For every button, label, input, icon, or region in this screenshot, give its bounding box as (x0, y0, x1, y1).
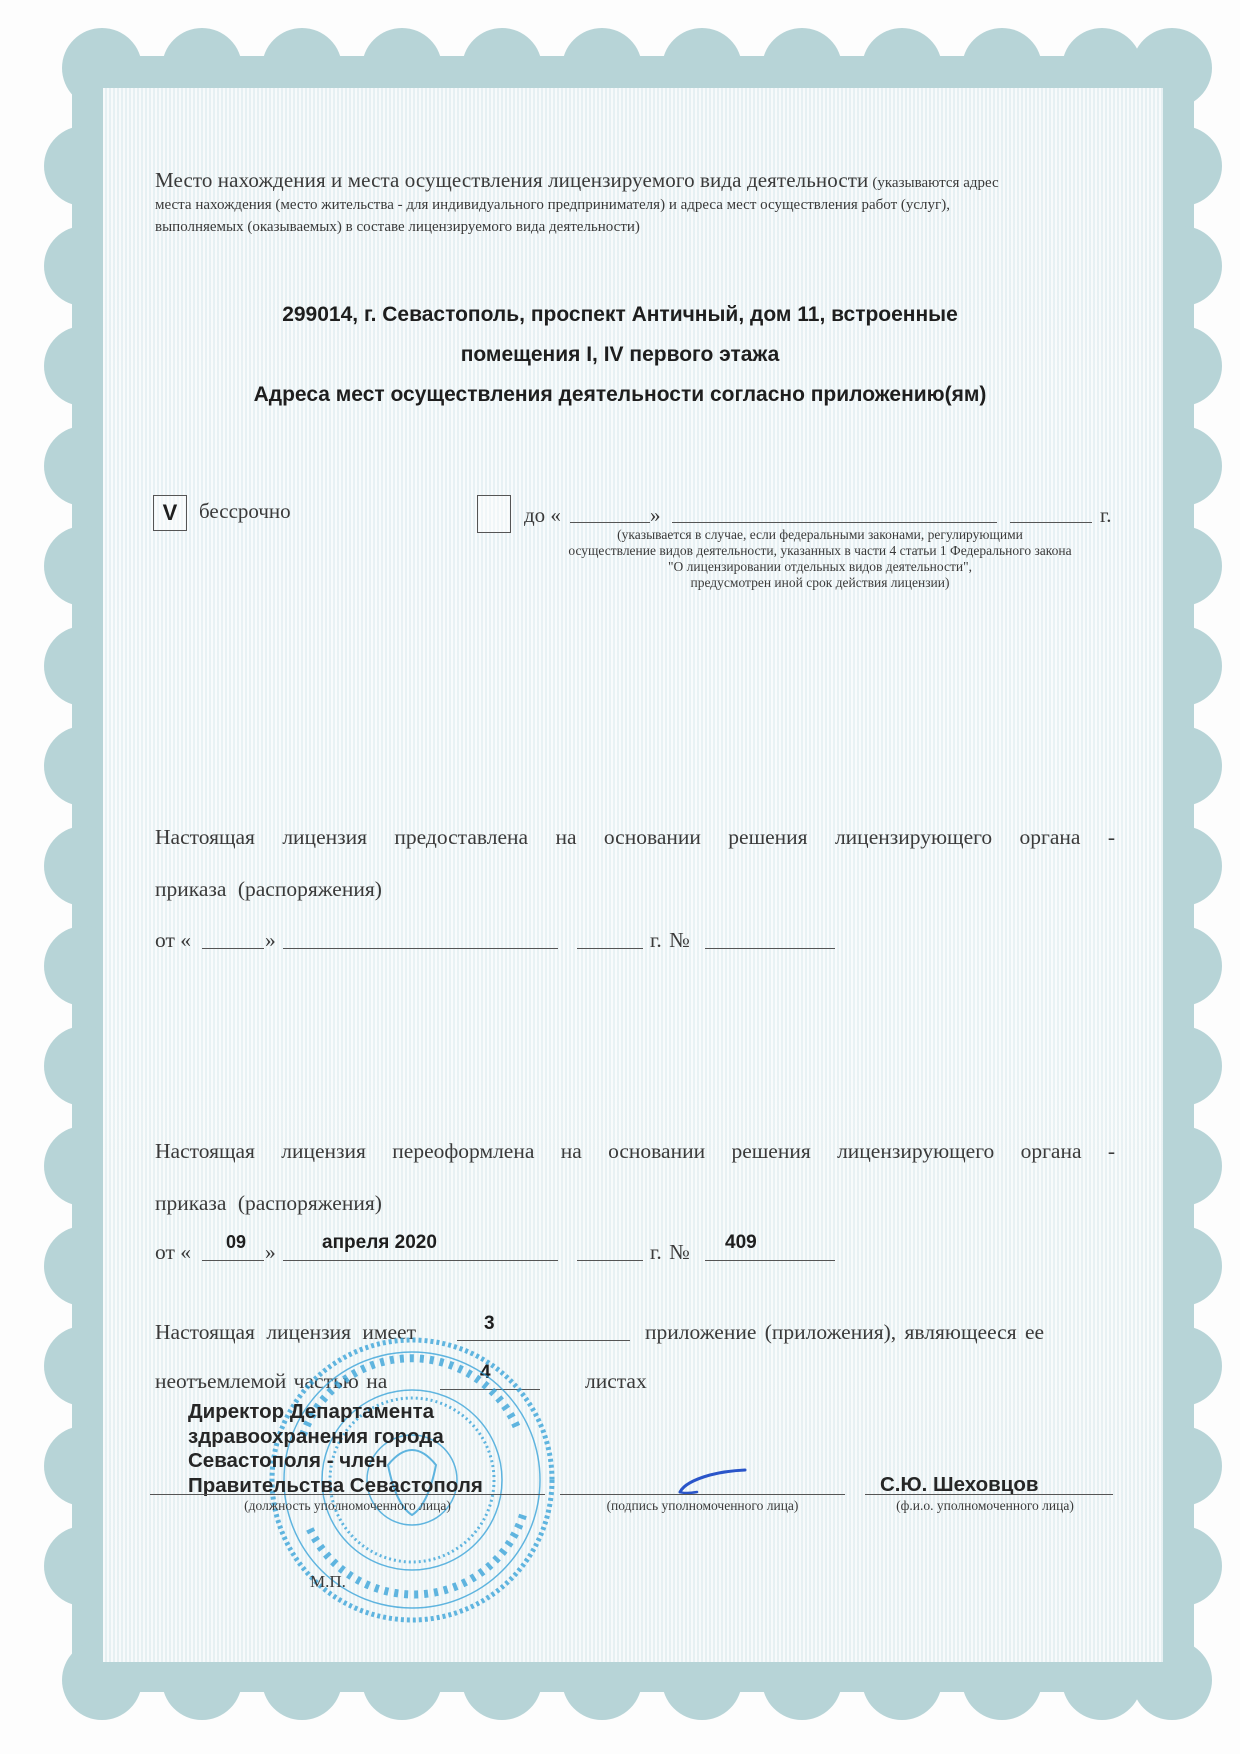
reissued-from-prefix: от « (155, 1240, 191, 1265)
until-note: (указывается в случае, если федеральными… (520, 527, 1120, 591)
until-day-field[interactable] (570, 522, 650, 523)
granted-number-label: г. № (650, 928, 690, 953)
location-header-note: (указываются адрес (872, 175, 998, 191)
reissued-number-value: 409 (725, 1232, 757, 1254)
until-note-line-3: "О лицензировании отдельных видов деятел… (520, 559, 1120, 575)
reissued-from-mid: » (265, 1240, 276, 1265)
checkbox-unlimited-label: бессрочно (199, 499, 291, 524)
signatory-position: Директор Департамента здравоохранения го… (188, 1400, 483, 1498)
attachments-line2-suffix: листах (585, 1369, 647, 1394)
granted-month-field[interactable] (283, 948, 558, 949)
until-note-line-2: осуществление видов деятельности, указан… (520, 543, 1120, 559)
position-caption: (должность уполномоченного лица) (150, 1498, 545, 1514)
until-note-line-4: предусмотрен иной срок действия лицензии… (520, 575, 1120, 591)
location-header-title: Место нахождения и места осуществления л… (155, 168, 868, 192)
reissued-number-label: г. № (650, 1240, 690, 1265)
granted-number-field[interactable] (705, 948, 835, 949)
position-line-1: Директор Департамента (188, 1400, 483, 1425)
signature-caption: (подпись уполномоченного лица) (560, 1498, 845, 1514)
granted-from-mid: » (265, 928, 276, 953)
reissued-month-field[interactable] (283, 1260, 558, 1261)
until-note-line-1: (указывается в случае, если федеральными… (520, 527, 1120, 543)
name-caption: (ф.и.о. уполномоченного лица) (865, 1498, 1105, 1514)
location-header: Место нахождения и места осуществления л… (155, 170, 1115, 238)
attachments-count-value: 3 (484, 1313, 495, 1335)
granted-day-field[interactable] (202, 948, 264, 949)
until-year-field[interactable] (1010, 522, 1092, 523)
until-month-field[interactable] (672, 522, 997, 523)
position-line-2: здравоохранения города (188, 1425, 483, 1450)
location-header-note-3: выполняемых (оказываемых) в составе лице… (155, 219, 640, 235)
address-line-1: 299014, г. Севастополь, проспект Античны… (120, 303, 1120, 327)
granted-from-prefix: от « (155, 928, 191, 953)
until-suffix: г. (1100, 503, 1112, 528)
reissued-year-field[interactable] (577, 1260, 643, 1261)
until-prefix: до « (524, 503, 561, 528)
reissued-line-2: приказа (распоряжения) (155, 1191, 382, 1216)
reissued-day-field[interactable] (202, 1260, 264, 1261)
granted-line-2: приказа (распоряжения) (155, 877, 382, 902)
attachments-middle: приложение (приложения), являющееся ее (645, 1320, 1044, 1345)
position-field (150, 1494, 545, 1495)
until-mid: » (650, 503, 661, 528)
granted-year-field[interactable] (577, 948, 643, 949)
reissued-day-value: 09 (226, 1232, 246, 1253)
name-field (865, 1494, 1113, 1495)
reissued-number-field[interactable] (705, 1260, 835, 1261)
seal-place-mark: М.П. (310, 1572, 346, 1592)
position-line-3: Севастополя - член (188, 1449, 483, 1474)
checkmark-icon: V (154, 496, 186, 529)
reissued-month-year-value: апреля 2020 (322, 1232, 437, 1254)
address-line-2: помещения I, IV первого этажа (120, 343, 1120, 367)
reissued-line-1: Настоящая лицензия переоформлена на осно… (155, 1139, 1115, 1164)
granted-line-1: Настоящая лицензия предоставлена на осно… (155, 825, 1115, 850)
checkbox-until[interactable] (477, 495, 511, 533)
address-line-3: Адреса мест осуществления деятельности с… (120, 383, 1120, 407)
checkbox-unlimited[interactable]: V (153, 495, 187, 531)
signature-field (560, 1494, 845, 1495)
location-header-note-2: места нахождения (место жительства - для… (155, 197, 950, 213)
